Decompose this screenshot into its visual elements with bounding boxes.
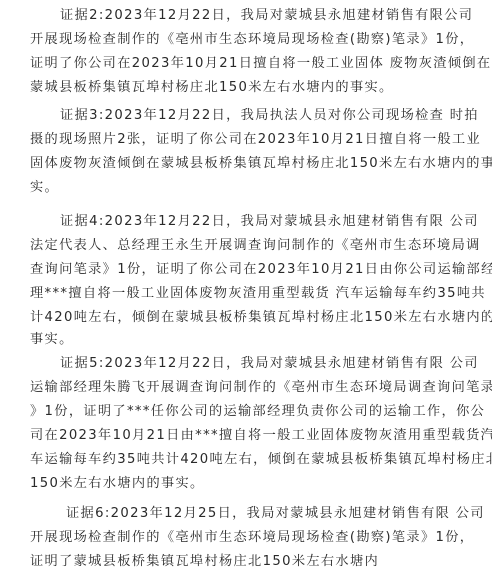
- text-line: 证据3:2023年12月22日，我局执法人员对你公司现场检查 时拍: [60, 104, 479, 128]
- text-line: 法定代表人、总经理王永生开展调查询问制作的《亳州市生态环境局调: [30, 234, 481, 258]
- text-line: 车运输每车约35吨共计420吨左右，倾倒在蒙城县板桥集镇瓦埠村杨庄北: [30, 448, 492, 472]
- text-line: 证据5:2023年12月22日，我局对蒙城县永旭建材销售有限 公司: [60, 352, 479, 376]
- text-line: 事实。: [30, 328, 74, 352]
- text-line: 查询问笔录》1份，证明了你公司在2023年10月21日由你公司运输部经: [30, 258, 492, 282]
- text-line: 证据6:2023年12月25日，我局对蒙城县永旭建材销售有限 公司: [66, 502, 485, 526]
- text-line: 150米左右水塘内的事实。: [30, 472, 205, 496]
- text-line: 开展现场检查制作的《亳州市生态环境局现场检查(勘察)笔录》1份，: [30, 526, 474, 550]
- text-line: 实。: [30, 176, 59, 200]
- text-line: 摄的现场照片2张，证明了你公司在2023年10月21日擅自将一般工业: [30, 128, 481, 152]
- text-line: 开展现场检查制作的《亳州市生态环境局现场检查(勘察)笔录》1份，: [30, 28, 474, 52]
- text-line: 证据4:2023年12月22日，我局对蒙城县永旭建材销售有限 公司: [60, 210, 479, 234]
- text-line: 蒙城县板桥集镇瓦埠村杨庄北150米左右水塘内的事实。: [30, 76, 394, 100]
- text-line: 计420吨左右，倾倒在蒙城县板桥集镇瓦埠村杨庄北150米左右水塘内的: [30, 306, 492, 330]
- text-line: 固体废物灰渣倾倒在蒙城县板桥集镇瓦埠村杨庄北150米左右水塘内的事: [30, 152, 492, 176]
- document-page: 证据2:2023年12月22日，我局对蒙城县永旭建材销售有限公司 开展现场检查制…: [0, 0, 492, 579]
- text-line: 证明了蒙城县板桥集镇瓦埠村杨庄北150米左右水塘内: [30, 550, 379, 574]
- text-line: 运输部经理朱腾飞开展调查询问制作的《亳州市生态环境局调查询问笔录: [30, 376, 492, 400]
- text-line: 证据2:2023年12月22日，我局对蒙城县永旭建材销售有限公司: [60, 4, 473, 28]
- text-line: 司在2023年10月21日由***擅自将一般工业固体废物灰渣用重型载货汽: [30, 424, 492, 448]
- text-line: 理***擅自将一般工业固体废物灰渣用重型载货 汽车运输每车约35吨共: [30, 282, 486, 306]
- text-line: 》1份，证明了***任你公司的运输部经理负责你公司的运输工作，你公: [30, 400, 485, 424]
- text-line: 证明了你公司在2023年10月21日擅自将一般工业固体 废物灰渣倾倒在: [30, 52, 491, 76]
